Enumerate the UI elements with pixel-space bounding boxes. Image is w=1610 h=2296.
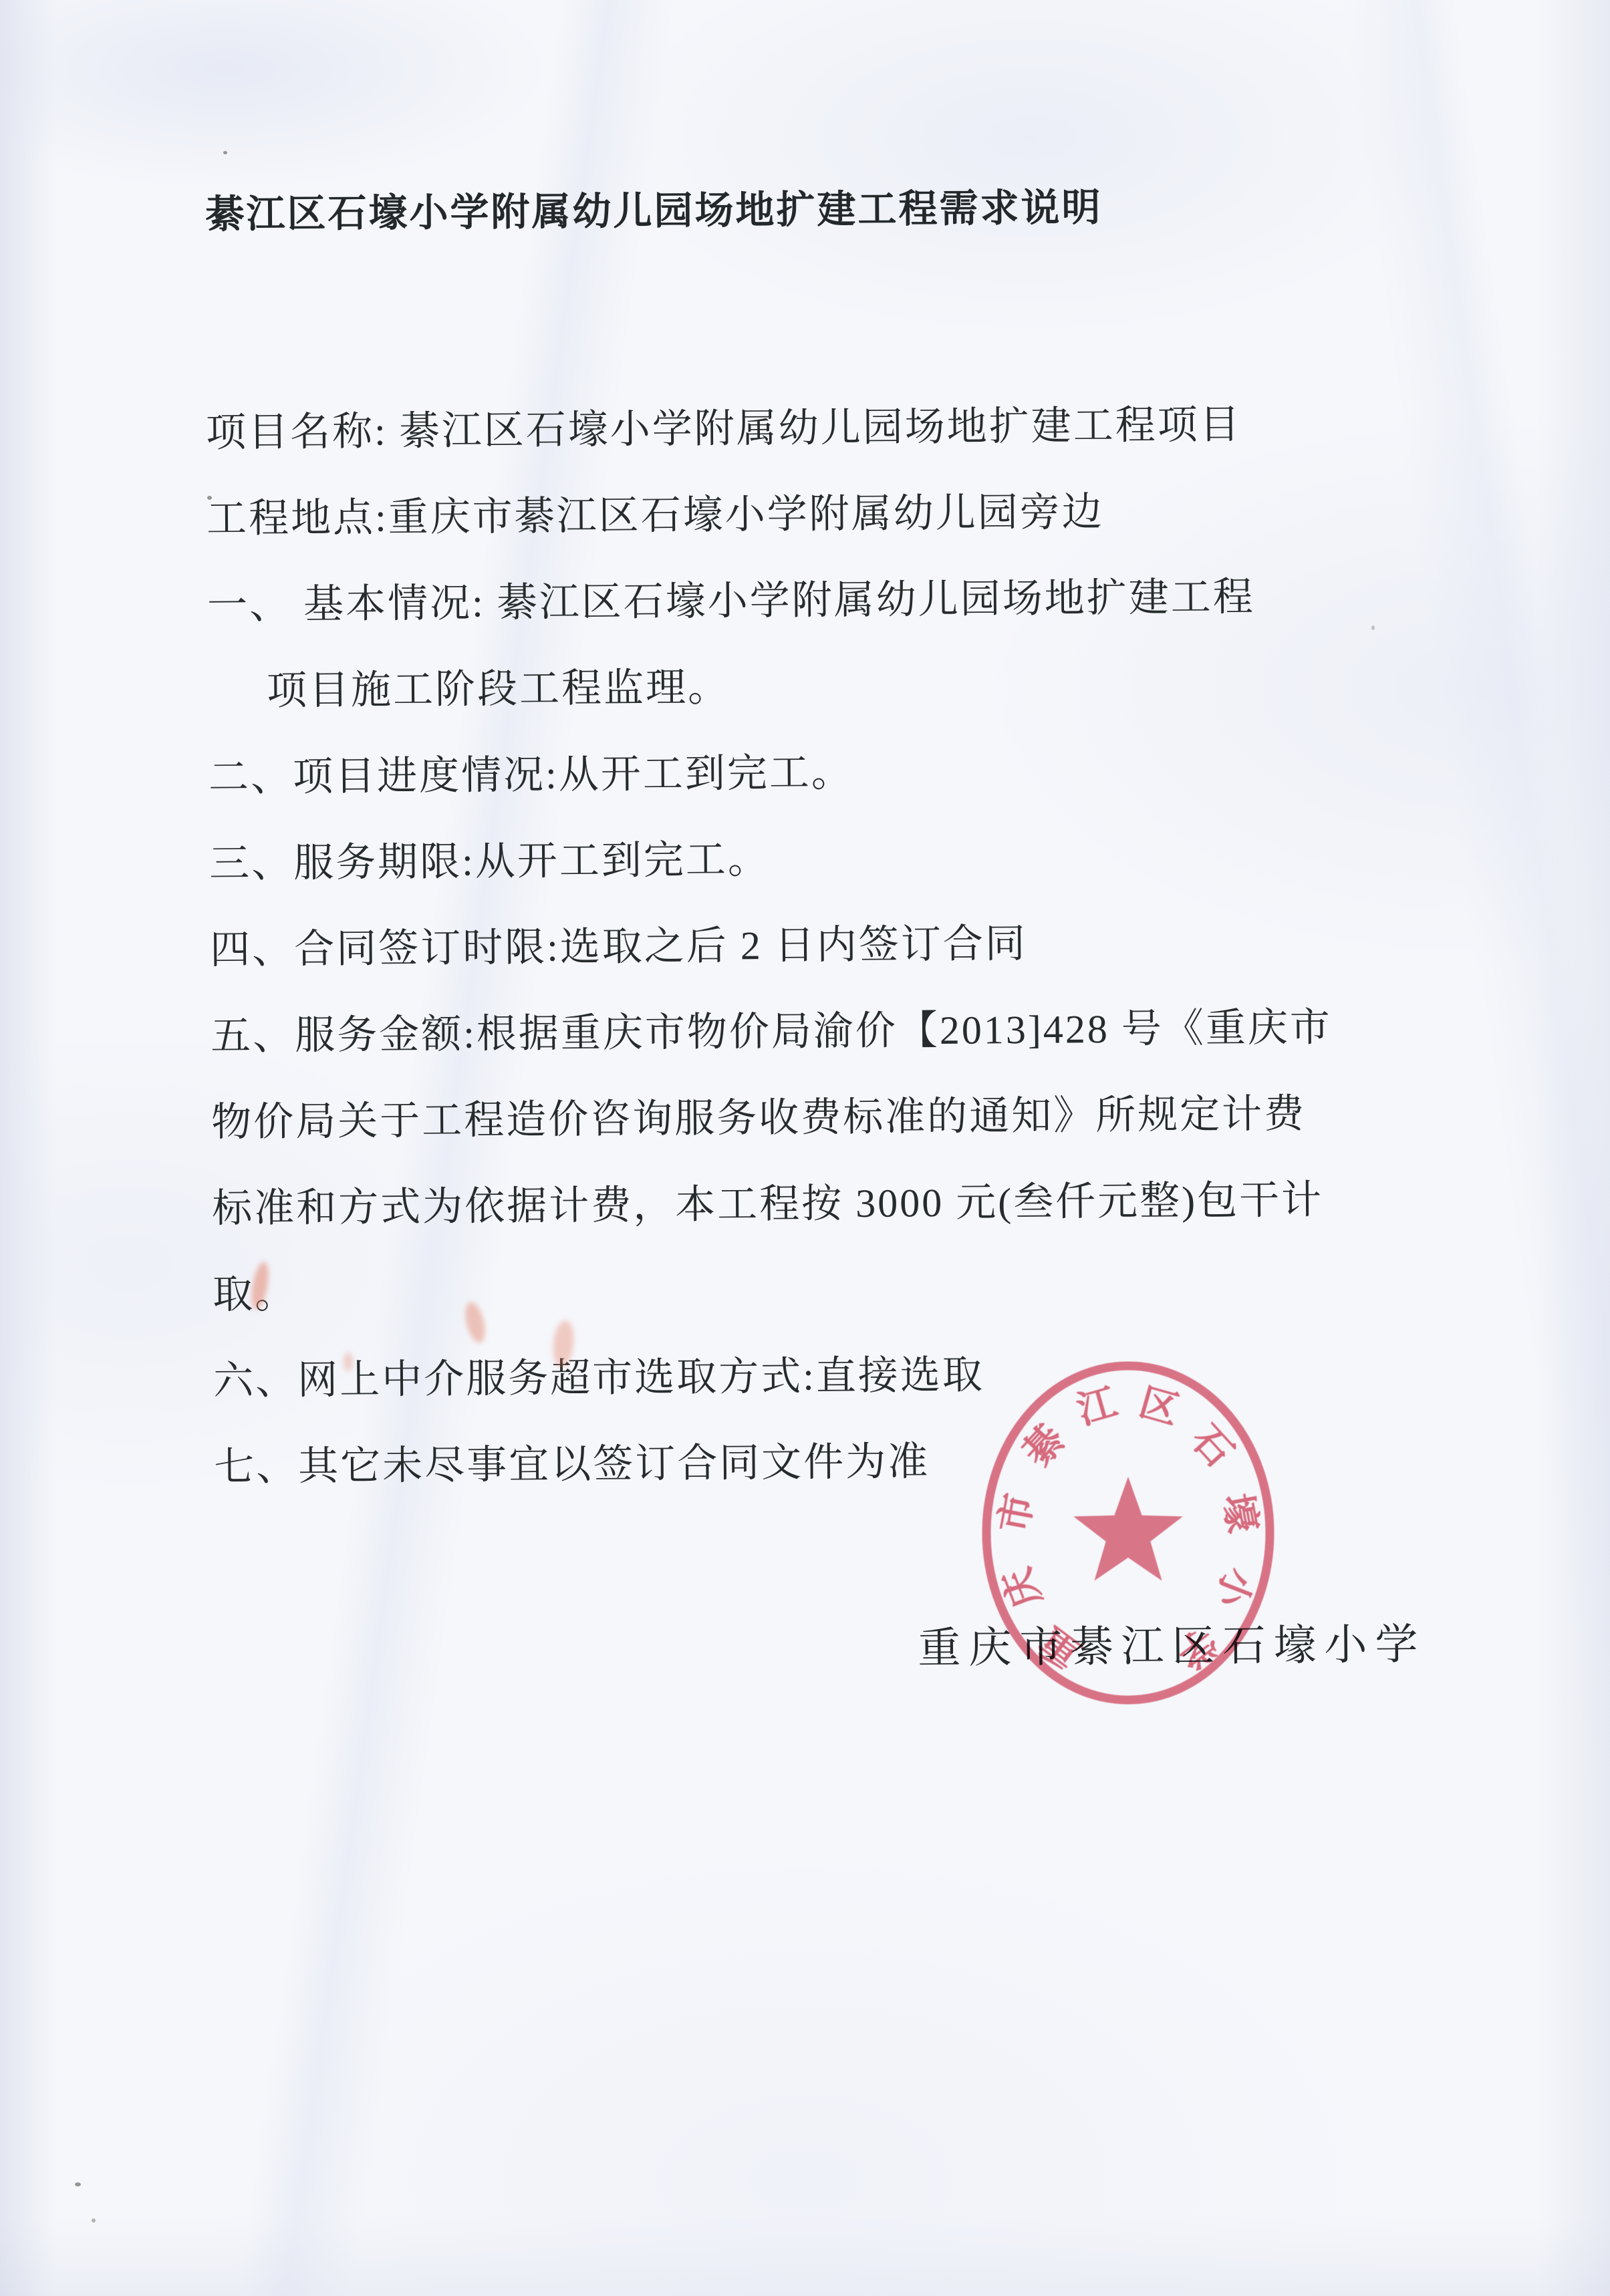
seal-char: 区 [1135, 1381, 1184, 1433]
line-service-fee-4: 取。 [213, 1242, 1436, 1338]
document-content: 綦江区石壕小学附属幼儿园场地扩建工程需求说明 项目名称: 綦江区石壕小学附属幼儿… [0, 0, 1610, 2296]
seal-star-icon [1073, 1477, 1183, 1581]
line-basic-info-cont: 项目施工阶段工程监理。 [208, 639, 1432, 734]
line-service-fee-3: 标准和方式为依据计费，本工程按 3000 元(叁仟元整)包干计 [212, 1156, 1436, 1252]
line-service-period: 三、服务期限:从开工到完工。 [209, 811, 1433, 907]
line-basic-info: 一、 基本情况: 綦江区石壕小学附属幼儿园场地扩建工程 [207, 553, 1431, 648]
line-service-fee-1: 五、服务金额:根据重庆市物价局渝价【2013]428 号《重庆市 [211, 984, 1434, 1079]
document-title: 綦江区石壕小学附属幼儿园场地扩建工程需求说明 [205, 176, 1103, 239]
official-seal: 重庆市綦江区石壕小学 [961, 1359, 1295, 1707]
scanned-document-page: 綦江区石壕小学附属幼儿园场地扩建工程需求说明 项目名称: 綦江区石壕小学附属幼儿… [0, 0, 1610, 2296]
line-project-location: 工程地点:重庆市綦江区石壕小学附属幼儿园旁边 [207, 466, 1430, 562]
document-body: 项目名称: 綦江区石壕小学附属幼儿园场地扩建工程项目 工程地点:重庆市綦江区石壕… [206, 380, 1438, 1510]
seal-graphic: 重庆市綦江区石壕小学 [961, 1359, 1295, 1707]
line-service-fee-2: 物价局关于工程造价咨询服务收费标准的通知》所规定计费 [211, 1070, 1435, 1165]
seal-char: 市 [992, 1490, 1042, 1536]
seal-char: 江 [1073, 1381, 1122, 1433]
seal-char: 壕 [1215, 1490, 1265, 1536]
line-progress: 二、项目进度情况:从开工到完工。 [209, 725, 1432, 821]
line-project-name: 项目名称: 綦江区石壕小学附属幼儿园场地扩建工程项目 [206, 380, 1430, 476]
line-contract-deadline: 四、合同签订时限:选取之后 2 日内签订合同 [210, 897, 1434, 993]
